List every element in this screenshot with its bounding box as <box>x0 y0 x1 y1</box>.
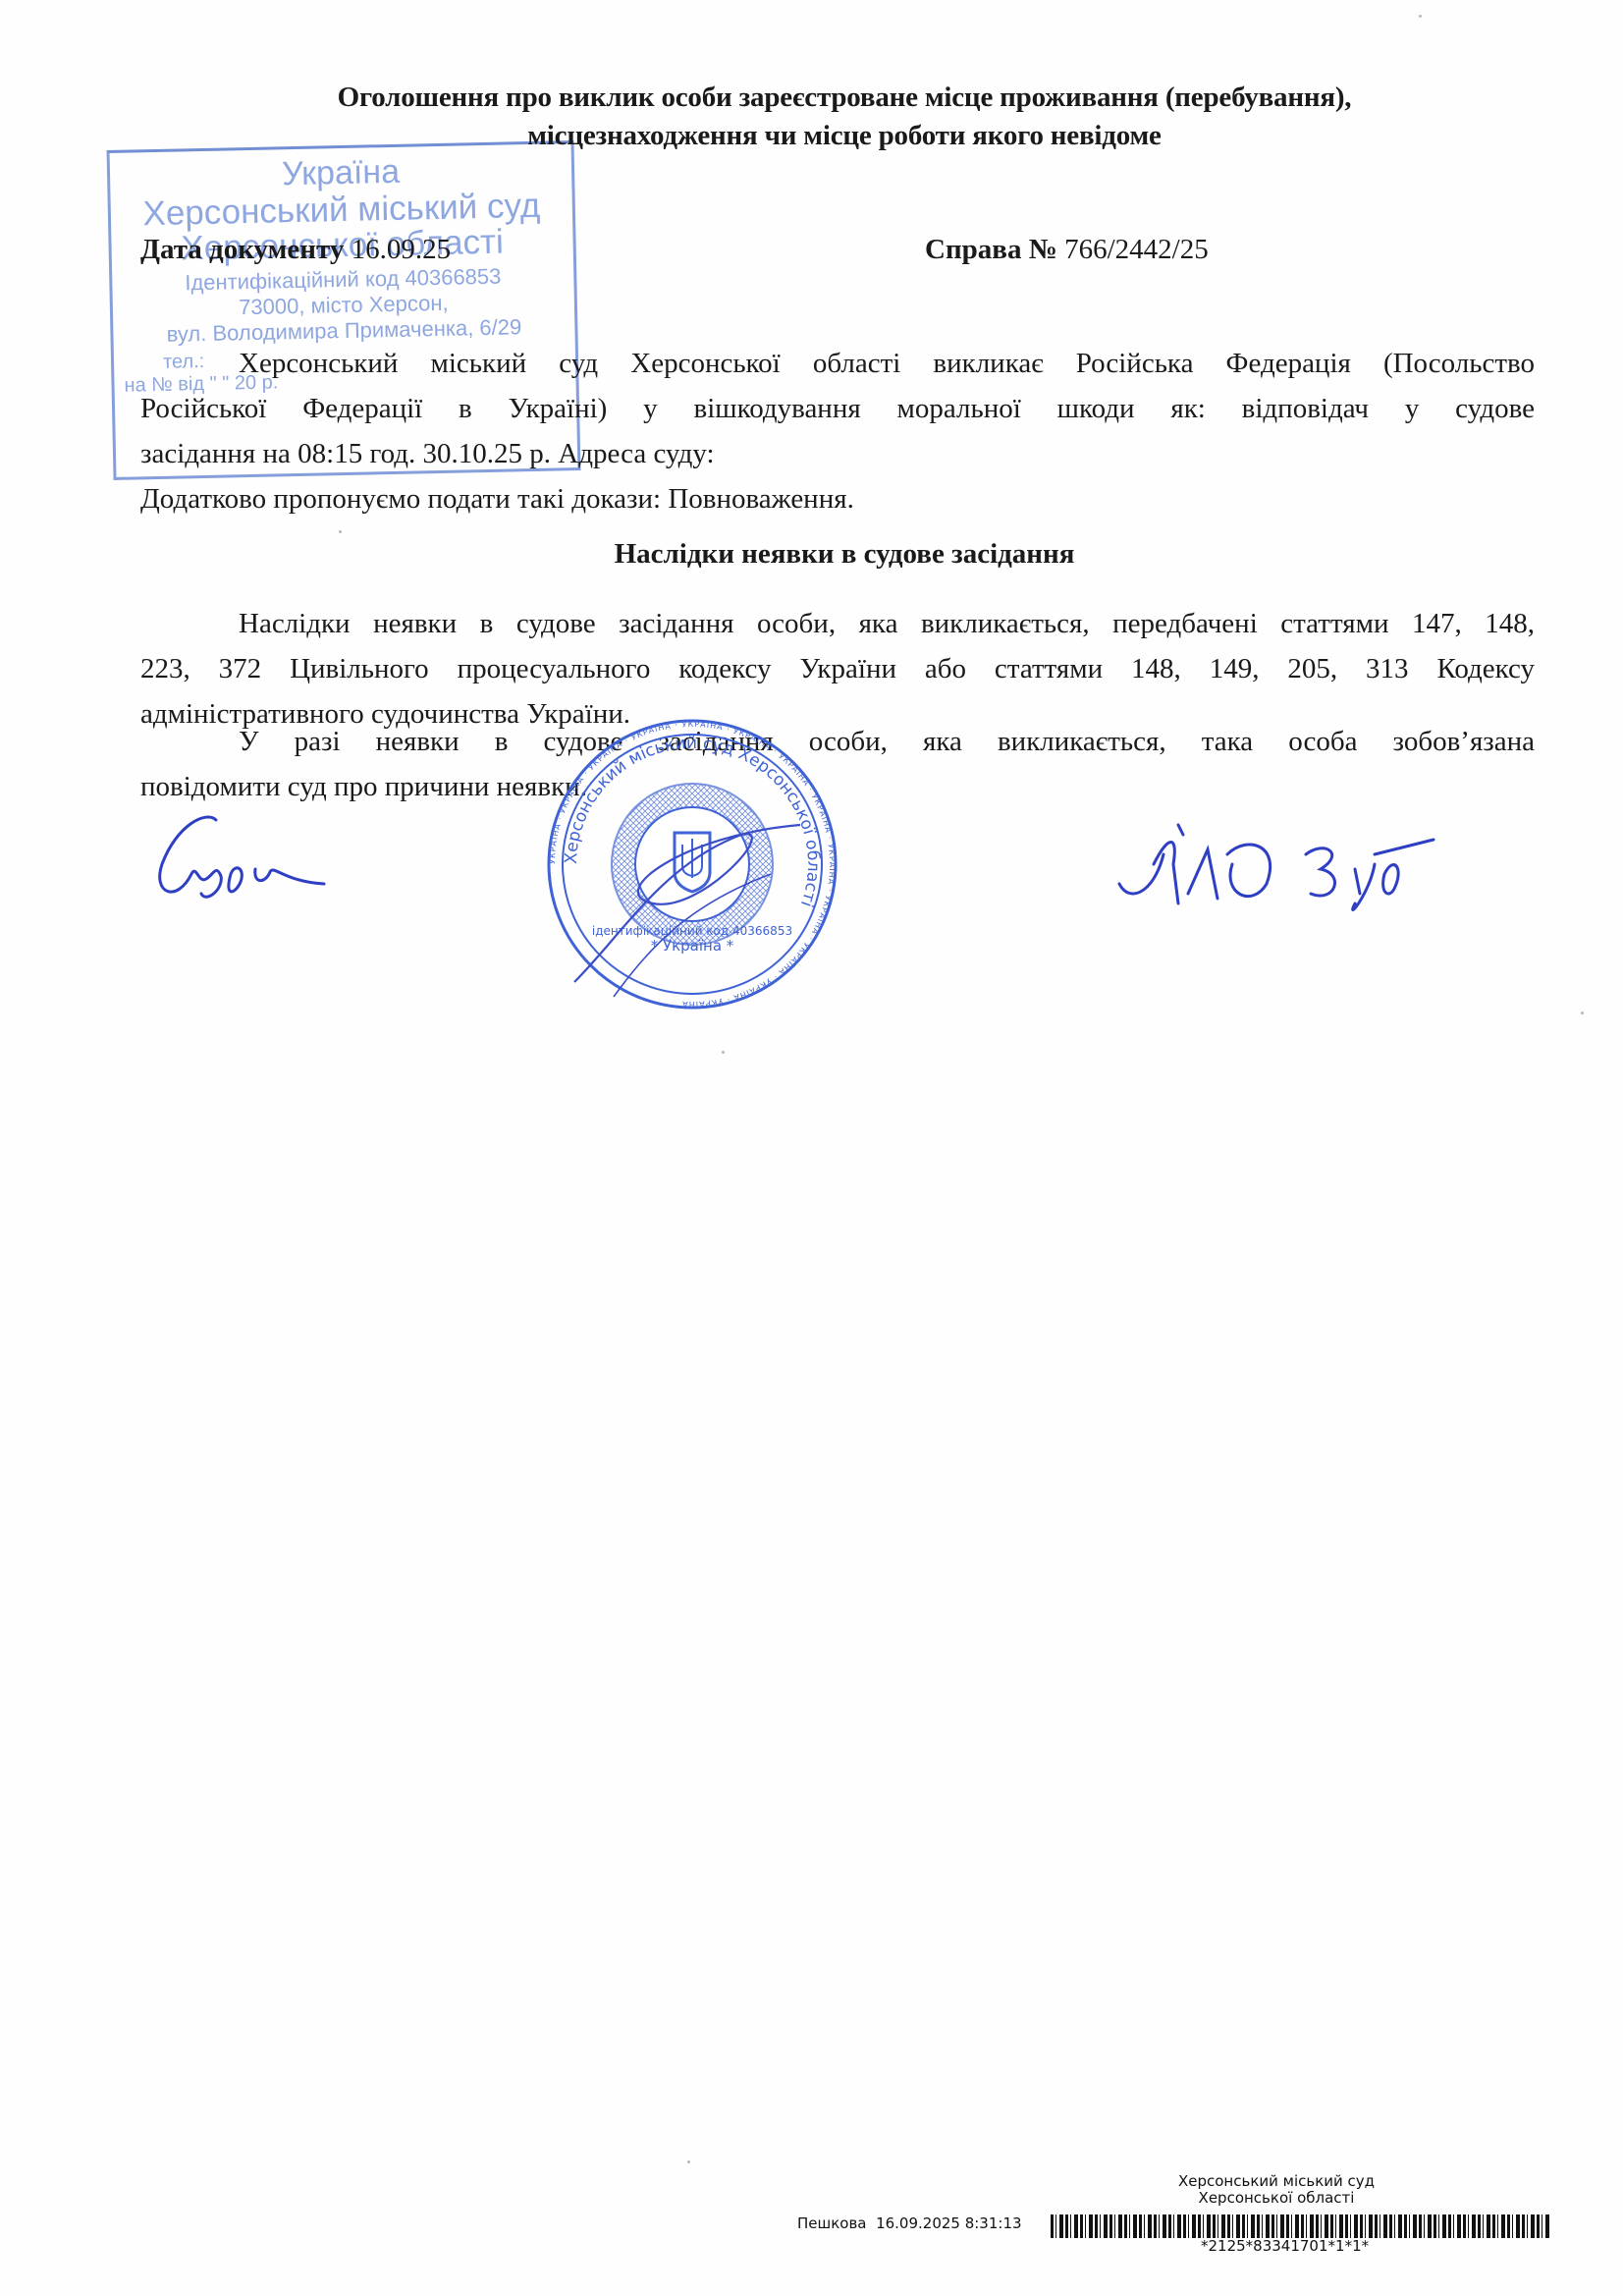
case-number: Справа № 766/2442/25 <box>925 234 1209 266</box>
signature-left-icon <box>137 805 334 913</box>
footer-operator-line: Пешкова 16.09.2025 8:31:13 <box>797 2214 1022 2232</box>
document-page: Україна Херсонський міський суд Херсонсь… <box>0 0 1623 2296</box>
summons-line: засідання на 08:15 год. 30.10.25 р. Адре… <box>140 431 1535 476</box>
footer-court-line-2: Херсонської області <box>1129 2190 1424 2207</box>
scan-speck <box>722 1051 725 1054</box>
scan-speck <box>1581 1011 1584 1014</box>
consequences-line: 223, 372 Цивільного процесуального кодек… <box>140 646 1535 691</box>
date-label: Дата документу <box>140 234 344 265</box>
scan-speck <box>339 530 342 533</box>
round-seal-icon: УКРАЇНА · УКРАЇНА · УКРАЇНА · УКРАЇНА · … <box>545 717 839 1011</box>
barcode-text: *2125*83341701*1*1* <box>1201 2237 1369 2255</box>
footer-timestamp: 16.09.2025 8:31:13 <box>876 2214 1021 2232</box>
case-value: 766/2442/25 <box>1064 234 1209 265</box>
summons-line: Херсонський міський суд Херсонської обла… <box>140 341 1535 386</box>
summons-paragraph: Херсонський міський суд Херсонської обла… <box>140 341 1535 521</box>
svg-text:ідентифікаційний код 40366853: ідентифікаційний код 40366853 <box>592 924 792 938</box>
footer-court-name: Херсонський міський суд Херсонської обла… <box>1129 2173 1424 2207</box>
footer-court-line-1: Херсонський міський суд <box>1129 2173 1424 2190</box>
footer-operator: Пешкова <box>797 2214 867 2232</box>
signature-right-icon <box>1109 815 1443 923</box>
summons-line: Російської Федерації в Україні) у вішкод… <box>140 386 1535 431</box>
barcode-icon <box>1051 2214 1551 2238</box>
consequences-line: Наслідки неявки в судове засідання особи… <box>140 601 1535 646</box>
document-date: Дата документу 16.09.25 <box>140 234 451 266</box>
section-heading: Наслідки неявки в судове засідання <box>245 538 1443 571</box>
evidence-line: Додатково пропонуємо подати такі докази:… <box>140 476 1535 521</box>
scan-speck <box>1419 15 1422 18</box>
document-title-line-1: Оголошення про виклик особи зареєстрован… <box>245 82 1443 114</box>
case-label: Справа № <box>925 234 1057 265</box>
date-value: 16.09.25 <box>352 234 452 265</box>
document-title-line-2: місцезнаходження чи місце роботи якого н… <box>245 120 1443 152</box>
scan-speck <box>687 2160 690 2163</box>
